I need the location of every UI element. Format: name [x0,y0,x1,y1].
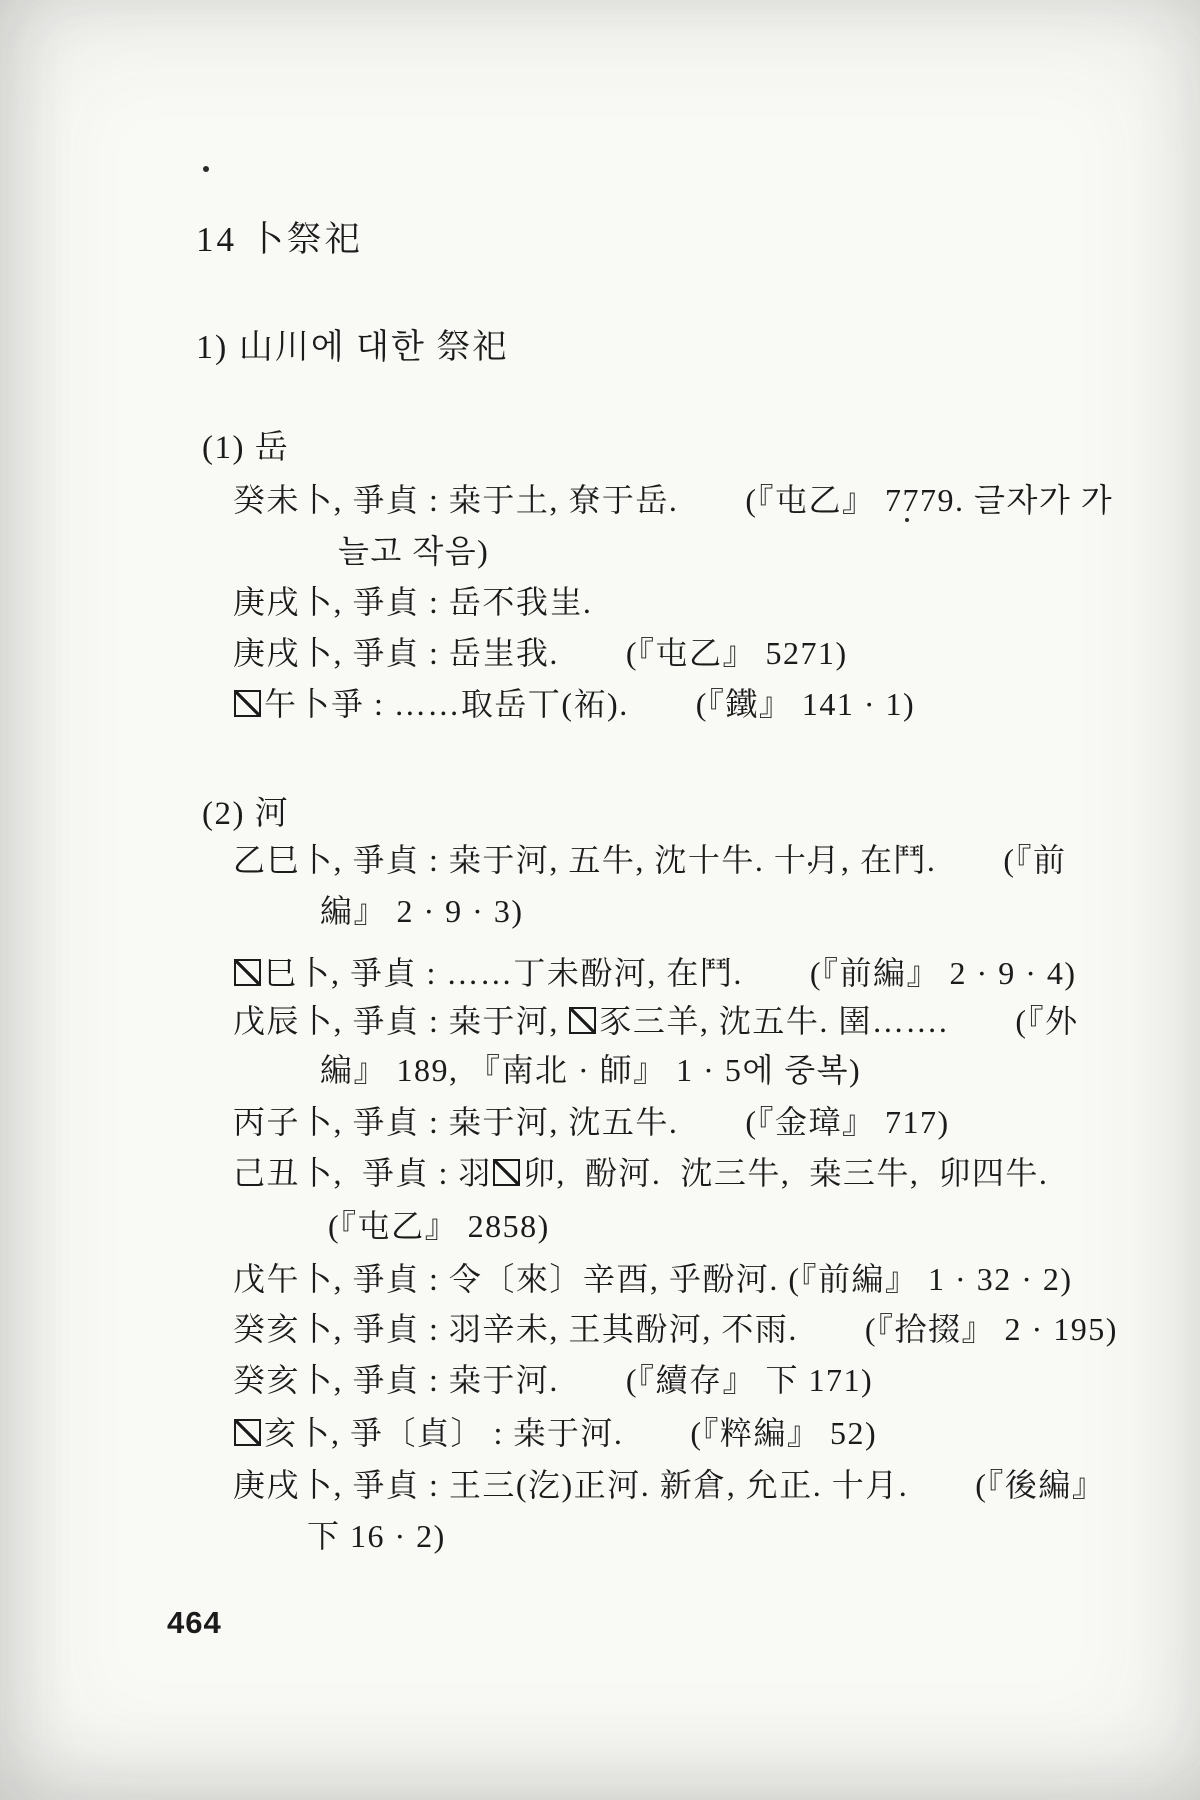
entry-line: 亥卜, 爭〔貞〕 : 桒于河. (『粹編』 52) [233,1413,877,1453]
entry-line: 癸亥卜, 爭貞 : 桒于河. (『續存』 下 171) [233,1360,873,1400]
subsection-label: (1) 岳 [202,428,289,468]
chapter-heading: 14 卜祭祀 [196,220,363,260]
scanned-book-page: 14 卜祭祀 1) 山川에 대한 祭祀 (1) 岳 癸未卜, 爭貞 : 桒于土,… [0,0,1200,1800]
entry-line: 癸未卜, 爭貞 : 桒于土, 尞于岳. (『屯乙』 7779. 글자가 가 [233,480,1113,520]
page-number: 464 [167,1603,222,1643]
missing-char-box [569,1007,596,1034]
scan-speck [203,166,209,172]
entry-line: 己丑卜, 爭貞 : 羽卯, 酚河. 沈三牛, 桒三牛, 卯四牛. [233,1153,1048,1193]
entry-line: 庚戌卜, 爭貞 : 岳不我㞷. [233,582,592,622]
missing-char-box [234,1419,261,1446]
entry-line-continuation: 編』 189, 『南北 · 師』 1 · 5에 중복) [320,1050,861,1090]
entry-line: 午卜爭 : ……取岳丅(祏). (『鐵』 141 · 1) [233,684,915,724]
entry-line-continuation: 下 16 · 2) [307,1516,446,1556]
entry-line: 巳卜, 爭貞 : ……丁未酚河, 在鬥. (『前編』 2 · 9 · 4) [233,953,1077,993]
entry-line: 丙子卜, 爭貞 : 桒于河, 沈五牛. (『金璋』 717) [233,1102,950,1142]
entry-line: 乙巳卜, 爭貞 : 桒于河, 五牛, 沈十牛. 十月, 在鬥. (『前 [233,840,1067,880]
entry-line: 戊午卜, 爭貞 : 令〔來〕辛酉, 乎酚河. (『前編』 1 · 32 · 2) [233,1259,1073,1299]
entry-line-continuation: 늘고 작음) [338,531,489,571]
section-heading: 1) 山川에 대한 祭祀 [196,328,508,368]
entry-line: 戊辰卜, 爭貞 : 桒于河, 豕三羊, 沈五牛. 圉……. (『外 [233,1001,1079,1041]
missing-char-box [234,690,261,717]
missing-char-box [234,959,261,986]
missing-char-box [493,1159,520,1186]
subsection-label: (2) 河 [202,794,289,834]
entry-line-continuation: (『屯乙』 2858) [328,1206,550,1246]
entry-line: 庚戌卜, 爭貞 : 王三(汔)正河. 新倉, 允正. 十月. (『後編』 [233,1465,1105,1505]
entry-line: 癸亥卜, 爭貞 : 羽辛未, 王其酚河, 不雨. (『拾掇』 2 · 195) [233,1309,1118,1349]
entry-line: 庚戌卜, 爭貞 : 岳㞷我. (『屯乙』 5271) [233,633,848,673]
entry-line-continuation: 編』 2 · 9 · 3) [320,891,523,931]
